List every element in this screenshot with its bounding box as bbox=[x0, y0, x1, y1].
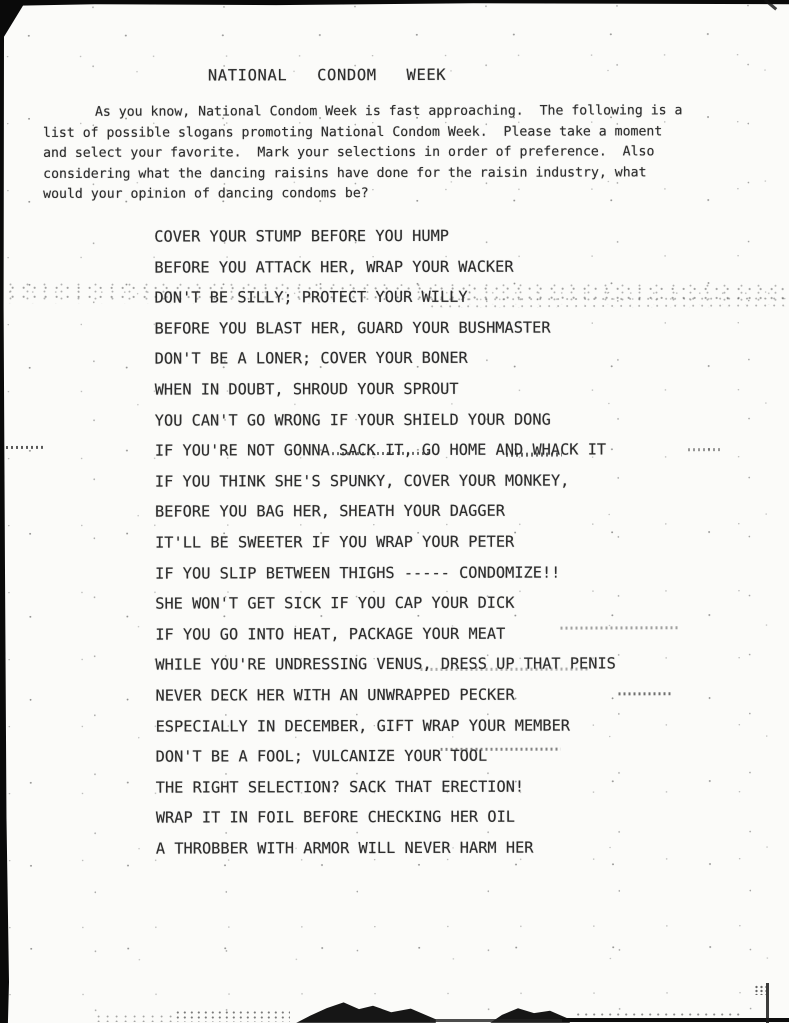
photocopy-smudge bbox=[6, 446, 44, 449]
slogan-list: COVER YOUR STUMP BEFORE YOU HUMP BEFORE … bbox=[154, 220, 616, 864]
slogan-line: IF YOU GO INTO HEAT, PACKAGE YOUR MEAT bbox=[155, 618, 616, 650]
slogan-line: DON'T BE A FOOL; VULCANIZE YOUR TOOL bbox=[156, 741, 617, 773]
slogan-line: SHE WON'T GET SICK IF YOU CAP YOUR DICK bbox=[155, 588, 616, 620]
slogan-line: WRAP IT IN FOIL BEFORE CHECKING HER OIL bbox=[156, 802, 617, 834]
slogan-line: YOU CAN'T GO WRONG IF YOUR SHIELD YOUR D… bbox=[155, 404, 616, 436]
intro-line: list of possible slogans promoting Natio… bbox=[43, 122, 683, 144]
intro-line: considering what the dancing raisins hav… bbox=[43, 163, 683, 185]
slogan-line: NEVER DECK HER WITH AN UNWRAPPED PECKER bbox=[155, 679, 616, 711]
slogan-line: A THROBBER WITH ARMOR WILL NEVER HARM HE… bbox=[156, 832, 617, 864]
document-title: NATIONAL CONDOM WEEK bbox=[208, 66, 446, 85]
slogan-line: BEFORE YOU BLAST HER, GUARD YOUR BUSHMAS… bbox=[154, 312, 615, 344]
slogan-line: WHILE YOU'RE UNDRESSING VENUS, DRESS UP … bbox=[155, 649, 616, 681]
intro-line: As you know, National Condom Week is fas… bbox=[43, 101, 683, 123]
slogan-line: BEFORE YOU BAG HER, SHEATH YOUR DAGGER bbox=[155, 496, 616, 528]
slogan-line: THE RIGHT SELECTION? SACK THAT ERECTION! bbox=[156, 771, 617, 803]
intro-line: and select your favorite. Mark your sele… bbox=[43, 142, 683, 164]
slogan-line: IF YOU SLIP BETWEEN THIGHS ----- CONDOMI… bbox=[155, 557, 616, 589]
slogan-line: WHEN IN DOUBT, SHROUD YOUR SPROUT bbox=[155, 373, 616, 405]
slogan-line: IF YOU'RE NOT GONNA SACK IT, GO HOME AND… bbox=[155, 435, 616, 467]
slogan-line: COVER YOUR STUMP BEFORE YOU HUMP bbox=[154, 220, 615, 252]
slogan-line: IT'LL BE SWEETER IF YOU WRAP YOUR PETER bbox=[155, 526, 616, 558]
scanned-document-page: NATIONAL CONDOM WEEK As you know, Nation… bbox=[0, 0, 789, 1023]
slogan-line: BEFORE YOU ATTACK HER, WRAP YOUR WACKER bbox=[154, 251, 615, 283]
slogan-line: IF YOU THINK SHE'S SPUNKY, COVER YOUR MO… bbox=[155, 465, 616, 497]
slogan-line: DON'T BE A LONER; COVER YOUR BONER bbox=[155, 343, 616, 375]
slogan-line: ESPECIALLY IN DECEMBER, GIFT WRAP YOUR M… bbox=[156, 710, 617, 742]
intro-line: would your opinion of dancing condoms be… bbox=[43, 184, 683, 206]
photocopy-smudge bbox=[618, 692, 670, 695]
slogan-line: DON'T BE SILLY; PROTECT YOUR WILLY bbox=[154, 282, 615, 314]
intro-paragraph: As you know, National Condom Week is fas… bbox=[43, 101, 683, 206]
photocopy-smudge bbox=[688, 448, 722, 451]
